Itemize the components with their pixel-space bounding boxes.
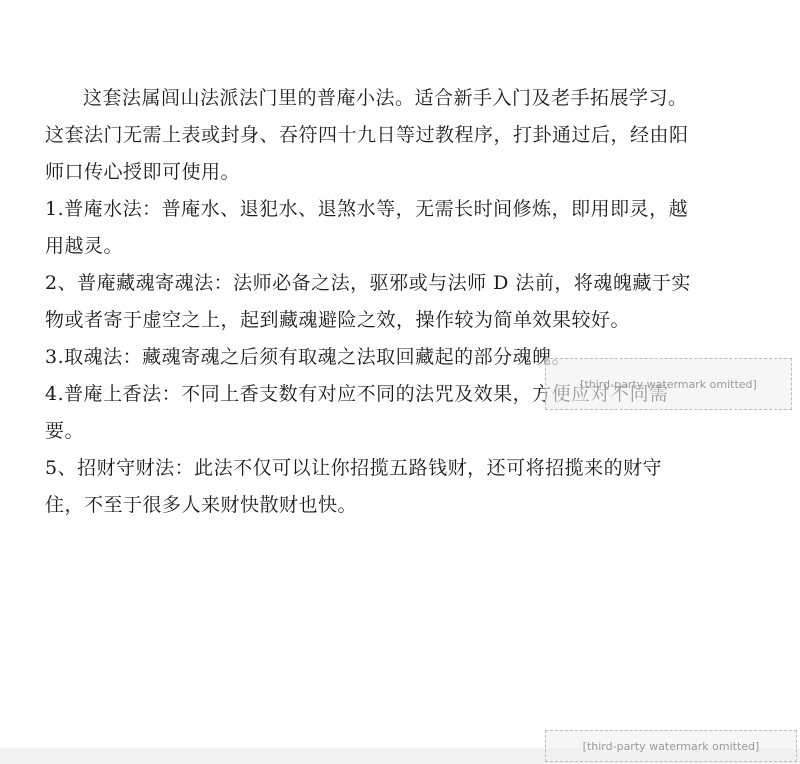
- paragraph-intro: 这套法属闾山法派法门里的普庵小法。适合新手入门及老手拓展学习。: [45, 80, 695, 117]
- watermark-placeholder-bottom: [third-party watermark omitted]: [545, 730, 797, 762]
- paragraph-procedure: 这套法门无需上表或封身、吞符四十九日等过教程序，打卦通过后，经由阳师口传心授即可…: [45, 117, 695, 191]
- paragraph-item-1: 1.普庵水法：普庵水、退犯水、退煞水等，无需长时间修炼，即用即灵，越用越灵。: [45, 191, 695, 265]
- watermark-placeholder: [third-party watermark omitted]: [545, 358, 792, 410]
- document-body: 这套法属闾山法派法门里的普庵小法。适合新手入门及老手拓展学习。 这套法门无需上表…: [45, 80, 695, 524]
- paragraph-item-2: 2、普庵藏魂寄魂法：法师必备之法，驱邪或与法师 D 法前，将魂魄藏于实物或者寄于…: [45, 265, 695, 339]
- paragraph-item-5: 5、招财守财法：此法不仅可以让你招揽五路钱财，还可将招揽来的财守住，不至于很多人…: [45, 450, 695, 524]
